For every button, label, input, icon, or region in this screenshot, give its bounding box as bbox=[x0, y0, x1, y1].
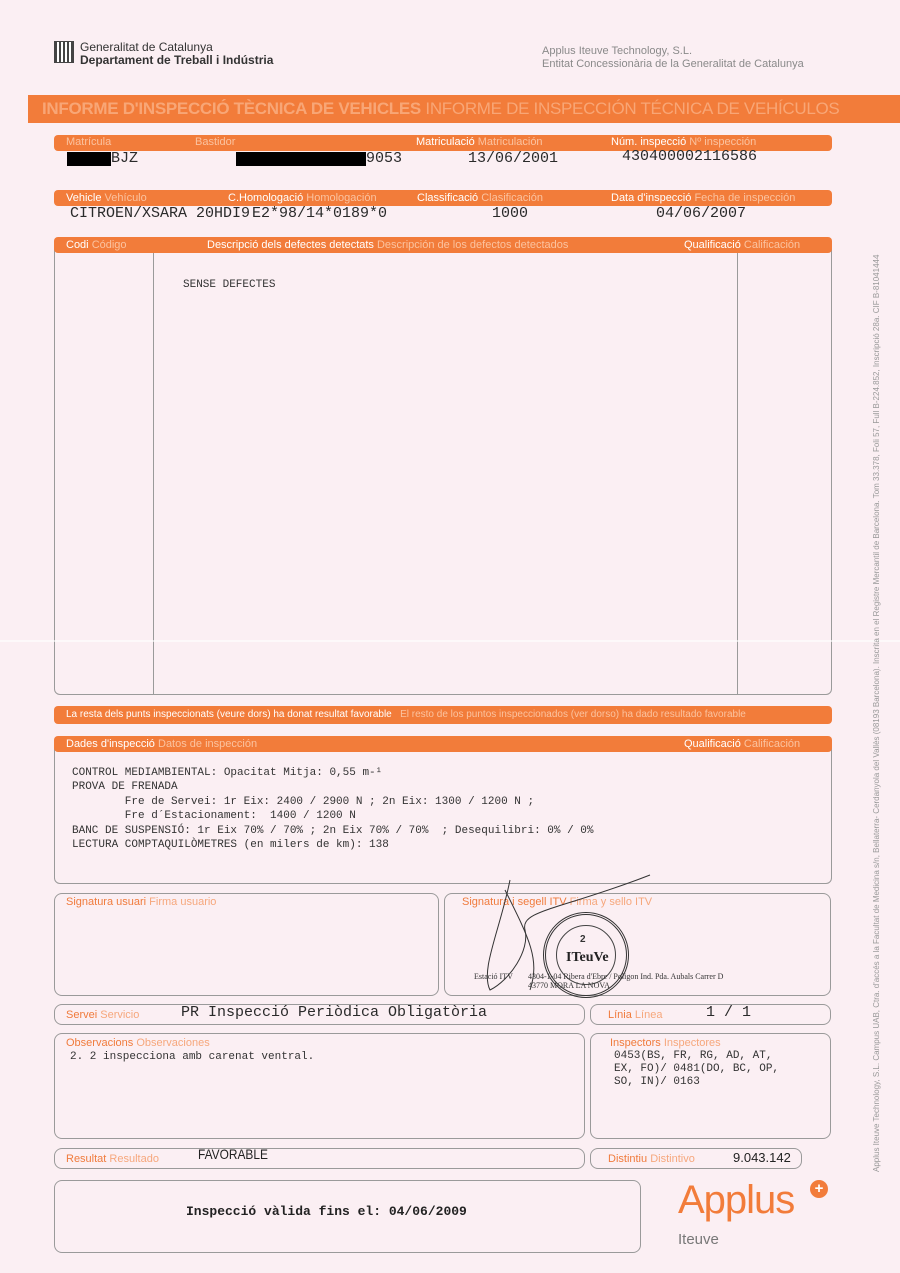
column-divider bbox=[153, 253, 154, 694]
distintiu-label: Distintiu Distintivo bbox=[608, 1153, 695, 1165]
defects-table bbox=[54, 237, 832, 695]
applus-logo: Applus bbox=[678, 1178, 794, 1223]
num-inspeccio-value: 430400002116586 bbox=[622, 148, 757, 165]
stamp-logo: ITeuVe bbox=[566, 950, 609, 966]
distintiu-value: 9.043.142 bbox=[733, 1150, 791, 1165]
line-parking-brake: Fre d´Estacionament: 1400 / 1200 N bbox=[72, 809, 594, 824]
redacted-vin bbox=[236, 152, 366, 166]
matricula-label: Matrícula bbox=[66, 136, 111, 148]
line-suspension: BANC DE SUSPENSIÓ: 1r Eix 70% / 70% ; 2n… bbox=[72, 824, 594, 839]
stamp-number: 2 bbox=[580, 934, 586, 945]
title-es: INFORME DE INSPECCIÓN TÉCNICA DE VEHÍCUL… bbox=[425, 99, 839, 118]
paper-fold bbox=[0, 640, 900, 642]
line-environmental: CONTROL MEDIAMBIENTAL: Opacitat Mitja: 0… bbox=[72, 766, 594, 781]
user-signature-box bbox=[54, 893, 439, 996]
data-inspeccio-value: 04/06/2007 bbox=[656, 205, 746, 222]
service-value: PR Inspecció Periòdica Obligatòria bbox=[181, 1004, 487, 1021]
matricula-value: BJZ bbox=[111, 150, 138, 167]
column-divider bbox=[737, 253, 738, 694]
redacted-plate bbox=[67, 152, 111, 166]
line-value: 1 / 1 bbox=[706, 1004, 751, 1021]
line-odometer: LECTURA COMPTAQUILÒMETRES (en milers de … bbox=[72, 838, 594, 853]
qualificacio-label-2: Qualificació Calificación bbox=[684, 738, 800, 750]
data-inspeccio-label: Data d'inspecció Fecha de inspección bbox=[611, 192, 795, 204]
station-city: 43770 MORA LA NOVA bbox=[528, 981, 610, 990]
user-signature-label: Signatura usuari Firma usuario bbox=[66, 896, 216, 908]
qualificacio-label: Qualificació Calificación bbox=[684, 239, 800, 251]
descripcio-label: Descripció dels defectes detectats Descr… bbox=[207, 239, 568, 251]
validity-text: Inspecció vàlida fins el: 04/06/2009 bbox=[186, 1204, 467, 1219]
homologacio-label: C.Homologació Homologación bbox=[228, 192, 377, 204]
applus-sub: Iteuve bbox=[678, 1231, 719, 1248]
document-title: INFORME D'INSPECCIÓ TÈCNICA DE VEHICLES … bbox=[42, 99, 839, 119]
num-inspeccio-label: Núm. inspecció Nº inspección bbox=[611, 136, 756, 148]
observations-label: Observacions Observaciones bbox=[66, 1037, 210, 1049]
matriculacio-value: 13/06/2001 bbox=[468, 150, 558, 167]
applus-plus-icon: + bbox=[810, 1180, 828, 1198]
title-ca: INFORME D'INSPECCIÓ TÈCNICA DE VEHICLES bbox=[42, 99, 421, 118]
bastidor-label: Bastidor bbox=[195, 136, 235, 148]
inspectors-list: 0453(BS, FR, RG, AD, AT,EX, FO)/ 0481(DO… bbox=[614, 1050, 779, 1089]
classificacio-label: Classificació Clasificación bbox=[417, 192, 543, 204]
bastidor-value: 9053 bbox=[366, 150, 402, 167]
dades-label: Dades d'inspecció Datos de inspección bbox=[66, 738, 257, 750]
matriculacio-label: Matriculació Matriculación bbox=[416, 136, 543, 148]
inspectors-label: Inspectors Inspectores bbox=[610, 1037, 721, 1049]
department-name: Departament de Treball i Indústria bbox=[80, 53, 273, 67]
classificacio-value: 1000 bbox=[492, 205, 528, 222]
line-service-brake: Fre de Servei: 1r Eix: 2400 / 2900 N ; 2… bbox=[72, 795, 594, 810]
side-legal-text: Applus Iteuve Technology, S.L. Campus UA… bbox=[872, 255, 881, 1172]
result-label: Resultat Resultado bbox=[66, 1153, 159, 1165]
gov-name: Generalitat de Catalunya bbox=[80, 40, 213, 54]
service-label: Servei Servicio bbox=[66, 1009, 139, 1021]
favorable-text: La resta dels punts inspeccionats (veure… bbox=[66, 709, 746, 720]
homologacio-value: E2*98/14*0189*0 bbox=[252, 205, 387, 222]
defects-text: SENSE DEFECTES bbox=[183, 279, 275, 291]
generalitat-logo-icon bbox=[54, 41, 74, 63]
company-name: Applus Iteuve Technology, S.L. bbox=[542, 45, 692, 57]
inspection-data-lines: CONTROL MEDIAMBIENTAL: Opacitat Mitja: 0… bbox=[72, 751, 594, 867]
codi-label: Codi Código bbox=[66, 239, 127, 251]
observations-text: 2. 2 inspecciona amb carenat ventral. bbox=[70, 1051, 314, 1063]
vehicle-value: CITROEN/XSARA 20HDI9 bbox=[70, 205, 250, 222]
line-brake-test: PROVA DE FRENADA bbox=[72, 780, 594, 795]
line-label: Línia Línea bbox=[608, 1009, 662, 1021]
station-label: Estació ITV bbox=[474, 972, 513, 981]
company-subtitle: Entitat Concessionària de la Generalitat… bbox=[542, 58, 804, 70]
result-value: FAVORABLE bbox=[198, 1146, 268, 1162]
station-address: 4304-1-04 Ribera d'Ebre / Poligon Ind. P… bbox=[528, 972, 723, 981]
vehicle-label: Vehicle Vehículo bbox=[66, 192, 147, 204]
